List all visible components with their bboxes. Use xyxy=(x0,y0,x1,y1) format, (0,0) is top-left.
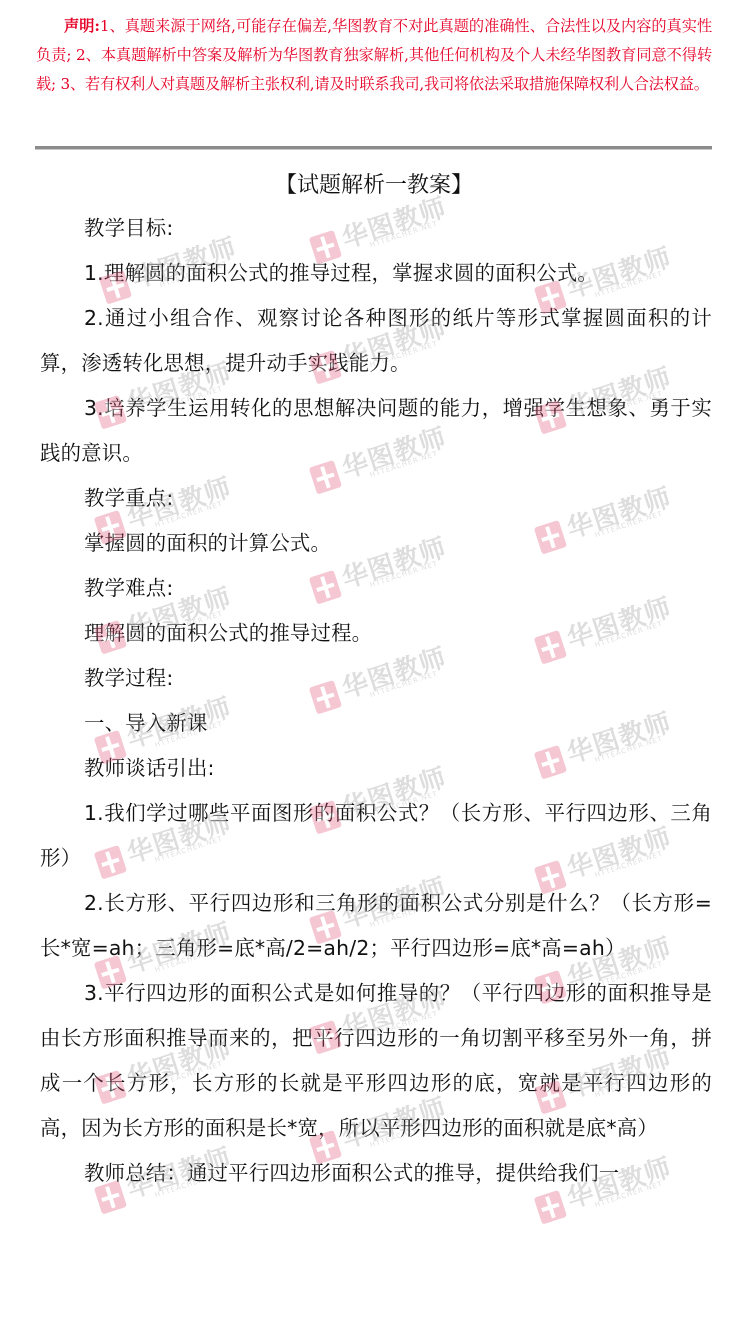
disclaimer-label: 声明: xyxy=(64,17,100,35)
heading-difficulties: 教学难点: xyxy=(40,566,712,611)
document-page: 声明:1、真题来源于网络,可能存在偏差,华图教育不对此真题的准确性、合法性以及内… xyxy=(0,0,748,1335)
heading-key-points: 教学重点: xyxy=(40,476,712,521)
teacher-summary: 教师总结：通过平行四边形面积公式的推导，提供给我们一 xyxy=(40,1151,712,1196)
header-divider xyxy=(35,146,712,149)
disclaimer-text: 1、真题来源于网络,可能存在偏差,华图教育不对此真题的准确性、合法性以及内容的真… xyxy=(36,17,712,93)
teacher-intro: 教师谈话引出: xyxy=(40,746,712,791)
goal-1: 1.理解圆的面积公式的推导过程，掌握求圆的面积公式。 xyxy=(40,251,712,296)
disclaimer: 声明:1、真题来源于网络,可能存在偏差,华图教育不对此真题的准确性、合法性以及内… xyxy=(36,12,712,99)
goal-2: 2.通过小组合作、观察讨论各种图形的纸片等形式掌握圆面积的计算，渗透转化思想，提… xyxy=(40,296,712,386)
document-title: 【试题解析一教案】 xyxy=(0,168,748,204)
goal-3: 3.培养学生运用转化的思想解决问题的能力，增强学生想象、勇于实践的意识。 xyxy=(40,386,712,476)
question-3: 3.平行四边形的面积公式是如何推导的？（平行四边形的面积推导是由长方形面积推导而… xyxy=(40,971,712,1151)
document-body: 教学目标: 1.理解圆的面积公式的推导过程，掌握求圆的面积公式。 2.通过小组合… xyxy=(40,206,712,1196)
question-2: 2.长方形、平行四边形和三角形的面积公式分别是什么？（长方形=长*宽=ah；三角… xyxy=(40,881,712,971)
heading-teaching-goals: 教学目标: xyxy=(40,206,712,251)
difficulty-text: 理解圆的面积公式的推导过程。 xyxy=(40,611,712,656)
question-1: 1.我们学过哪些平面图形的面积公式？（长方形、平行四边形、三角形） xyxy=(40,791,712,881)
key-point-text: 掌握圆的面积的计算公式。 xyxy=(40,521,712,566)
section-intro: 一、导入新课 xyxy=(40,701,712,746)
heading-teaching-process: 教学过程: xyxy=(40,656,712,701)
